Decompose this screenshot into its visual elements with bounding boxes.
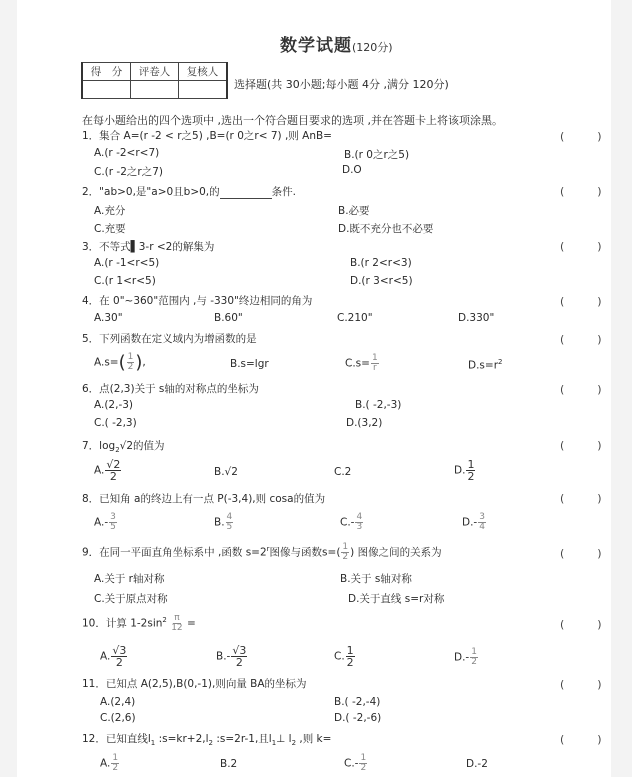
fraction: 45: [226, 513, 234, 532]
q12-option-b[interactable]: B.2: [220, 758, 237, 770]
q10-option-d[interactable]: D.-12: [454, 648, 479, 667]
fraction: 43: [355, 513, 363, 532]
fraction: 1r: [371, 354, 379, 373]
q8-option-a[interactable]: A.-35: [94, 513, 118, 532]
question-4: 4．在 0"~360"范围内 ,与 -330"终边相同的角为: [82, 293, 312, 308]
q5-option-d[interactable]: D.s=r2: [468, 358, 502, 372]
reviewer-header: 复核人: [179, 63, 228, 81]
q6-option-a[interactable]: A.(2,-3): [94, 399, 133, 411]
fraction: √22: [105, 459, 121, 482]
q4-option-a[interactable]: A.30": [94, 312, 123, 324]
fraction: 34: [478, 513, 486, 532]
fraction: 12: [346, 645, 355, 668]
question-8: 8．已知角 a的终边上有一点 P(-3,4),则 cosa的值为: [82, 491, 325, 506]
answer-blank-7[interactable]: ( ): [560, 437, 602, 453]
score-cell[interactable]: [82, 81, 131, 99]
fraction: π12: [171, 614, 182, 633]
q12-option-a[interactable]: A.12: [100, 754, 120, 773]
q10-option-c[interactable]: C.12: [334, 645, 356, 668]
q7-option-c[interactable]: C.2: [334, 466, 351, 478]
question-7: 7．log2√2的值为: [82, 438, 165, 454]
q2-option-a[interactable]: A.充分: [94, 203, 125, 218]
answer-blank-4[interactable]: ( ): [560, 293, 602, 309]
q11-option-d[interactable]: D.( -2,-6): [334, 712, 381, 724]
q1-option-b[interactable]: B.(r 0之r之5): [344, 147, 409, 162]
page-title: 数学试题(120分): [280, 31, 393, 56]
question-2: 2．"ab>0,是"a>0且b>0,的________条件.: [82, 184, 296, 199]
question-9: 9．在同一平面直角坐标系中 ,函数 s=2r图像与函数s=(12) 图像之间的关…: [82, 543, 442, 562]
q1-option-c[interactable]: C.(r -2之r之7): [94, 164, 163, 179]
q5-option-a[interactable]: A.s=(12),: [94, 352, 146, 373]
q4-option-b[interactable]: B.60": [214, 312, 243, 324]
q9-option-b[interactable]: B.关于 s轴对称: [340, 571, 412, 586]
question-10: 10．计算 1-2sin2 π12 =: [82, 614, 196, 633]
q6-option-c[interactable]: C.( -2,3): [94, 417, 137, 429]
q2-option-b[interactable]: B.必要: [338, 203, 370, 218]
score-header: 得 分: [82, 63, 131, 81]
q11-option-b[interactable]: B.( -2,-4): [334, 696, 380, 708]
answer-blank-1[interactable]: ( ): [560, 128, 602, 144]
question-12: 12．已知直线l1 :s=kr+2,l2 :s=2r-1,且l1⊥ l2 ,则 …: [82, 731, 331, 747]
q10-option-b[interactable]: B.-√32: [216, 645, 248, 668]
fraction: √32: [231, 645, 247, 668]
fraction: 12: [466, 459, 475, 482]
q7-option-a[interactable]: A.√22: [94, 459, 122, 482]
question-6: 6．点(2,3)关于 s轴的对称点的坐标为: [82, 381, 259, 396]
q4-option-d[interactable]: D.330": [458, 312, 494, 324]
q3-option-a[interactable]: A.(r -1<r<5): [94, 257, 159, 269]
q9-option-a[interactable]: A.关于 r轴对称: [94, 571, 165, 586]
answer-blank-10[interactable]: ( ): [560, 616, 602, 632]
q3-option-c[interactable]: C.(r 1<r<5): [94, 275, 156, 287]
q4-option-c[interactable]: C.210": [337, 312, 373, 324]
answer-blank-8[interactable]: ( ): [560, 490, 602, 506]
answer-blank-11[interactable]: ( ): [560, 676, 602, 692]
question-3: 3．不等式▌3-r <2的解集为: [82, 239, 214, 254]
instructions: 在每小题给出的四个选项中 ,选出一个符合题目要求的选项 ,并在答题卡上将该项涂黑…: [82, 112, 503, 128]
q9-option-c[interactable]: C.关于原点对称: [94, 591, 168, 606]
answer-blank-9[interactable]: ( ): [560, 545, 602, 561]
grader-header: 评卷人: [131, 63, 179, 81]
q2-option-d[interactable]: D.既不充分也不必要: [338, 221, 433, 236]
grader-cell[interactable]: [131, 81, 179, 99]
q10-option-a[interactable]: A.√32: [100, 645, 128, 668]
score-table: 得 分 评卷人 复核人: [81, 62, 228, 99]
answer-blank-5[interactable]: ( ): [560, 331, 602, 347]
q11-option-c[interactable]: C.(2,6): [100, 712, 136, 724]
q9-option-d[interactable]: D.关于直线 s=r对称: [348, 591, 444, 606]
q5-option-b[interactable]: B.s=lgr: [230, 358, 269, 370]
question-1: 1．集合 A=(r -2 < r之5) ,B=(r 0之r< 7) ,则 AnB…: [82, 128, 332, 143]
answer-blank-2[interactable]: ( ): [560, 183, 602, 199]
q11-option-a[interactable]: A.(2,4): [100, 696, 135, 708]
q12-option-d[interactable]: D.-2: [466, 758, 488, 770]
reviewer-cell[interactable]: [179, 81, 228, 99]
q3-option-b[interactable]: B.(r 2<r<3): [350, 257, 412, 269]
q8-option-d[interactable]: D.-34: [462, 513, 487, 532]
answer-blank-6[interactable]: ( ): [560, 381, 602, 397]
q8-option-c[interactable]: C.-43: [340, 513, 364, 532]
q7-option-d[interactable]: D.12: [454, 459, 476, 482]
answer-blank-3[interactable]: ( ): [560, 238, 602, 254]
answer-blank-12[interactable]: ( ): [560, 731, 602, 747]
q6-option-d[interactable]: D.(3,2): [346, 417, 382, 429]
q3-option-d[interactable]: D.(r 3<r<5): [350, 275, 413, 287]
q8-option-b[interactable]: B.45: [214, 513, 234, 532]
fraction: 35: [109, 513, 117, 532]
q2-option-c[interactable]: C.充要: [94, 221, 126, 236]
fraction: 12: [127, 353, 135, 372]
question-11: 11．已知点 A(2,5),B(0,-1),则向量 BA的坐标为: [82, 676, 307, 691]
q12-option-c[interactable]: C.-12: [344, 754, 368, 773]
fraction: 12: [111, 754, 119, 773]
question-5: 5．下列函数在定义域内为增函数的是: [82, 331, 257, 346]
q5-option-c[interactable]: C.s=1r: [345, 354, 380, 373]
fraction: √32: [111, 645, 127, 668]
q6-option-b[interactable]: B.( -2,-3): [355, 399, 401, 411]
fraction: 12: [359, 754, 367, 773]
q1-option-d[interactable]: D.O: [342, 164, 362, 176]
fraction: 12: [470, 648, 478, 667]
q1-option-a[interactable]: A.(r -2<r<7): [94, 147, 159, 159]
section-header: 选择题(共 30小题;每小题 4分 ,满分 120分): [234, 76, 449, 92]
fraction: 12: [341, 543, 349, 562]
q7-option-b[interactable]: B.√2: [214, 466, 238, 478]
